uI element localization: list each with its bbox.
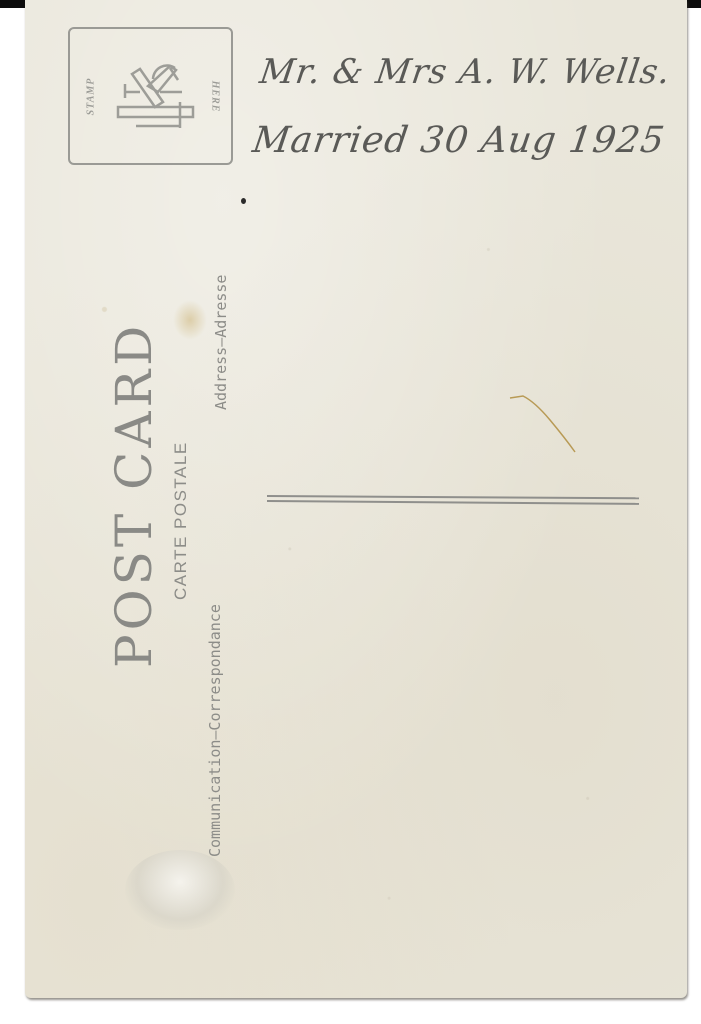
address-label: Address—Adresse	[212, 275, 230, 410]
ink-dot	[241, 198, 246, 204]
scratch-mark	[505, 390, 605, 470]
address-divider-line	[267, 495, 639, 499]
stamp-box: STAMP HERE	[68, 27, 233, 165]
stamp-label: STAMP	[85, 78, 96, 116]
handwritten-names: Mr. & Mrs A. W. Wells.	[257, 52, 673, 92]
communication-label: Communication—Correspondance	[206, 604, 224, 857]
publisher-monogram-icon	[108, 54, 198, 144]
postcard-back: STAMP HERE Mr. & Mrs A. W. Wells. Marrie…	[25, 0, 687, 998]
embossed-seal	[125, 850, 235, 930]
carte-postale-subtitle: CARTE POSTALE	[171, 441, 191, 600]
foxing-stain	[173, 300, 207, 340]
handwritten-wedding-date: Married 30 Aug 1925	[250, 120, 667, 161]
post-card-title: POST CARD	[105, 322, 163, 668]
stamp-label: HERE	[210, 81, 221, 113]
address-divider-line	[267, 500, 639, 505]
